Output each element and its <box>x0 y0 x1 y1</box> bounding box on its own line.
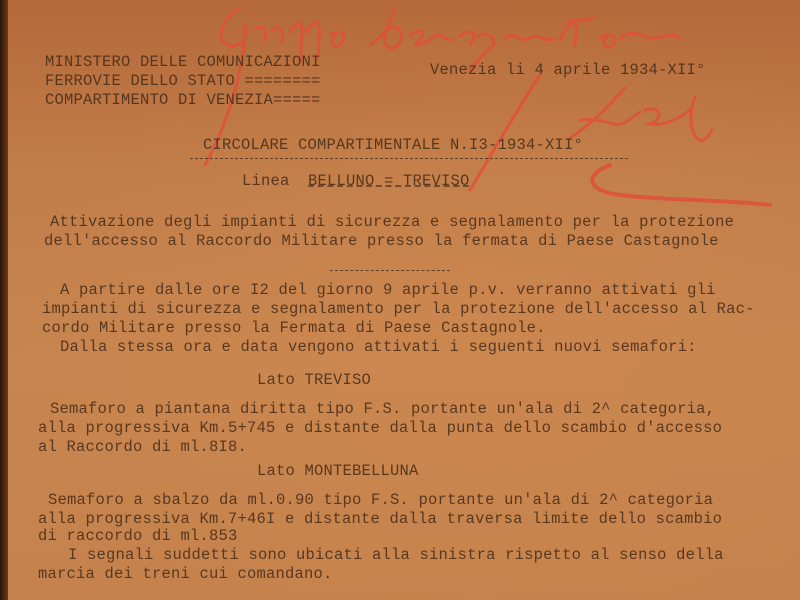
closing-line-1: I segnali suddetti sono ubicati alla sin… <box>68 546 724 564</box>
body-line-3: cordo Militare presso la Fermata di Paes… <box>42 319 546 337</box>
body-line-4: Dalla stessa ora e data vengono attivati… <box>60 338 697 356</box>
body-line-1: A partire dalle ore I2 del giorno 9 apri… <box>60 281 716 299</box>
letterhead-line-3: COMPARTIMENTO DI VENEZIA===== <box>45 91 321 109</box>
subject-line-1: Attivazione degli impianti di sicurezza … <box>50 213 734 231</box>
section-treviso-heading: Lato TREVISO <box>257 371 371 389</box>
subject-divider <box>330 270 450 271</box>
line-name: BELLUNO = TREVISO <box>308 172 470 190</box>
treviso-line-1: Semaforo a piantana diritta tipo F.S. po… <box>50 400 715 418</box>
body-line-2: impianti di sicurezza e segnalamento per… <box>42 300 755 318</box>
subject-line-2: dell'accesso al Raccordo Militare presso… <box>44 232 719 250</box>
closing-line-2: marcia dei treni cui comandano. <box>38 565 333 583</box>
letterhead-line-2: FERROVIE DELLO STATO ======== <box>45 72 321 90</box>
letterhead-line-1: MINISTERO DELLE COMUNICAZIONI <box>45 53 321 71</box>
treviso-line-3: al Raccordo di ml.8I8. <box>38 438 247 456</box>
date-line: Venezia li 4 aprile 1934-XII° <box>430 61 706 79</box>
montebelluna-line-1: Semaforo a sbalzo da ml.0.90 tipo F.S. p… <box>48 491 713 509</box>
section-montebelluna-heading: Lato MONTEBELLUNA <box>257 462 419 480</box>
title-divider <box>190 158 628 159</box>
circular-title: CIRCOLARE COMPARTIMENTALE N.I3-1934-XII° <box>203 136 583 154</box>
treviso-line-2: alla progressiva Km.5+745 e distante dal… <box>38 419 722 437</box>
montebelluna-line-2: alla progressiva Km.7+46I e distante dal… <box>38 510 722 528</box>
line-label: Linea <box>242 172 290 190</box>
montebelluna-line-3: di raccordo di ml.853 <box>38 527 238 545</box>
